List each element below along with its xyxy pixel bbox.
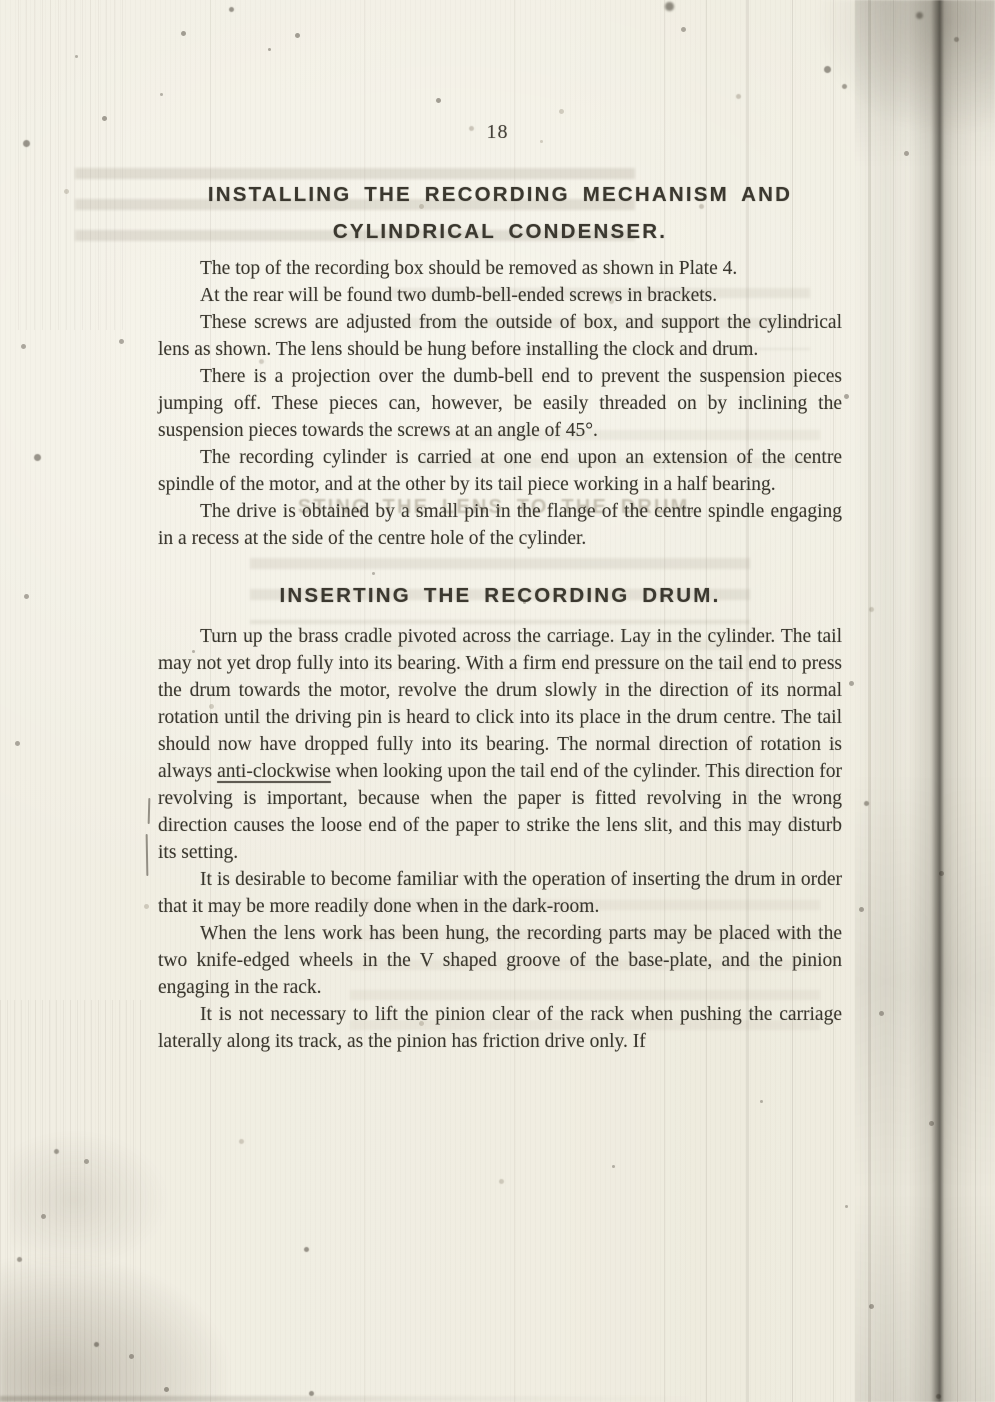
margin-pen-mark bbox=[146, 834, 149, 876]
body-paragraph: The recording cylinder is carried at one… bbox=[158, 444, 842, 498]
scan-ink-specks bbox=[0, 0, 3, 3]
body-paragraph: It is not necessary to lift the pinion c… bbox=[158, 1001, 842, 1055]
scan-bottom-edge-shadow bbox=[0, 1396, 700, 1402]
scan-faint-specks bbox=[0, 0, 3, 3]
scanned-manual-page: STING THE LENS TO THE DRUM. 18 INSTALLIN… bbox=[0, 0, 995, 1402]
paragraph-text: Turn up the brass cradle pivoted across … bbox=[158, 626, 842, 782]
body-paragraph: Turn up the brass cradle pivoted across … bbox=[158, 623, 842, 866]
page-number: 18 bbox=[0, 121, 995, 144]
scan-smudge-bottom-left bbox=[0, 1255, 230, 1402]
body-paragraph: At the rear will be found two dumb-bell-… bbox=[158, 282, 842, 309]
book-edge-scan-band bbox=[855, 0, 995, 1402]
page-content: INSTALLING THE RECORDING MECHANISM AND C… bbox=[158, 176, 842, 1055]
scan-streak-band-top-left bbox=[18, 0, 128, 330]
section-heading-inserting-drum: INSERTING THE RECORDING DRUM. bbox=[158, 577, 842, 614]
heading-line: INSTALLING THE RECORDING MECHANISM AND bbox=[158, 176, 842, 213]
scan-smudge-bottom-left bbox=[10, 1130, 170, 1270]
margin-pen-mark bbox=[148, 798, 151, 824]
body-paragraph: The top of the recording box should be r… bbox=[158, 255, 842, 282]
scan-smudge-top-right bbox=[810, 0, 995, 140]
scan-streak-band-bottom-left bbox=[0, 1000, 145, 1402]
heading-line: INSERTING THE RECORDING DRUM. bbox=[158, 577, 842, 614]
body-paragraph: The drive is obtained by a small pin in … bbox=[158, 498, 842, 552]
body-paragraph: When the lens work has been hung, the re… bbox=[158, 920, 842, 1001]
section-heading-installing: INSTALLING THE RECORDING MECHANISM AND C… bbox=[158, 176, 842, 250]
body-paragraph: There is a projection over the dumb-bell… bbox=[158, 363, 842, 444]
body-paragraph: It is desirable to become familiar with … bbox=[158, 866, 842, 920]
pen-underlined-word: anti-clockwise bbox=[217, 761, 331, 782]
body-paragraph: These screws are adjusted from the outsi… bbox=[158, 309, 842, 363]
heading-line: CYLINDRICAL CONDENSER. bbox=[158, 213, 842, 250]
